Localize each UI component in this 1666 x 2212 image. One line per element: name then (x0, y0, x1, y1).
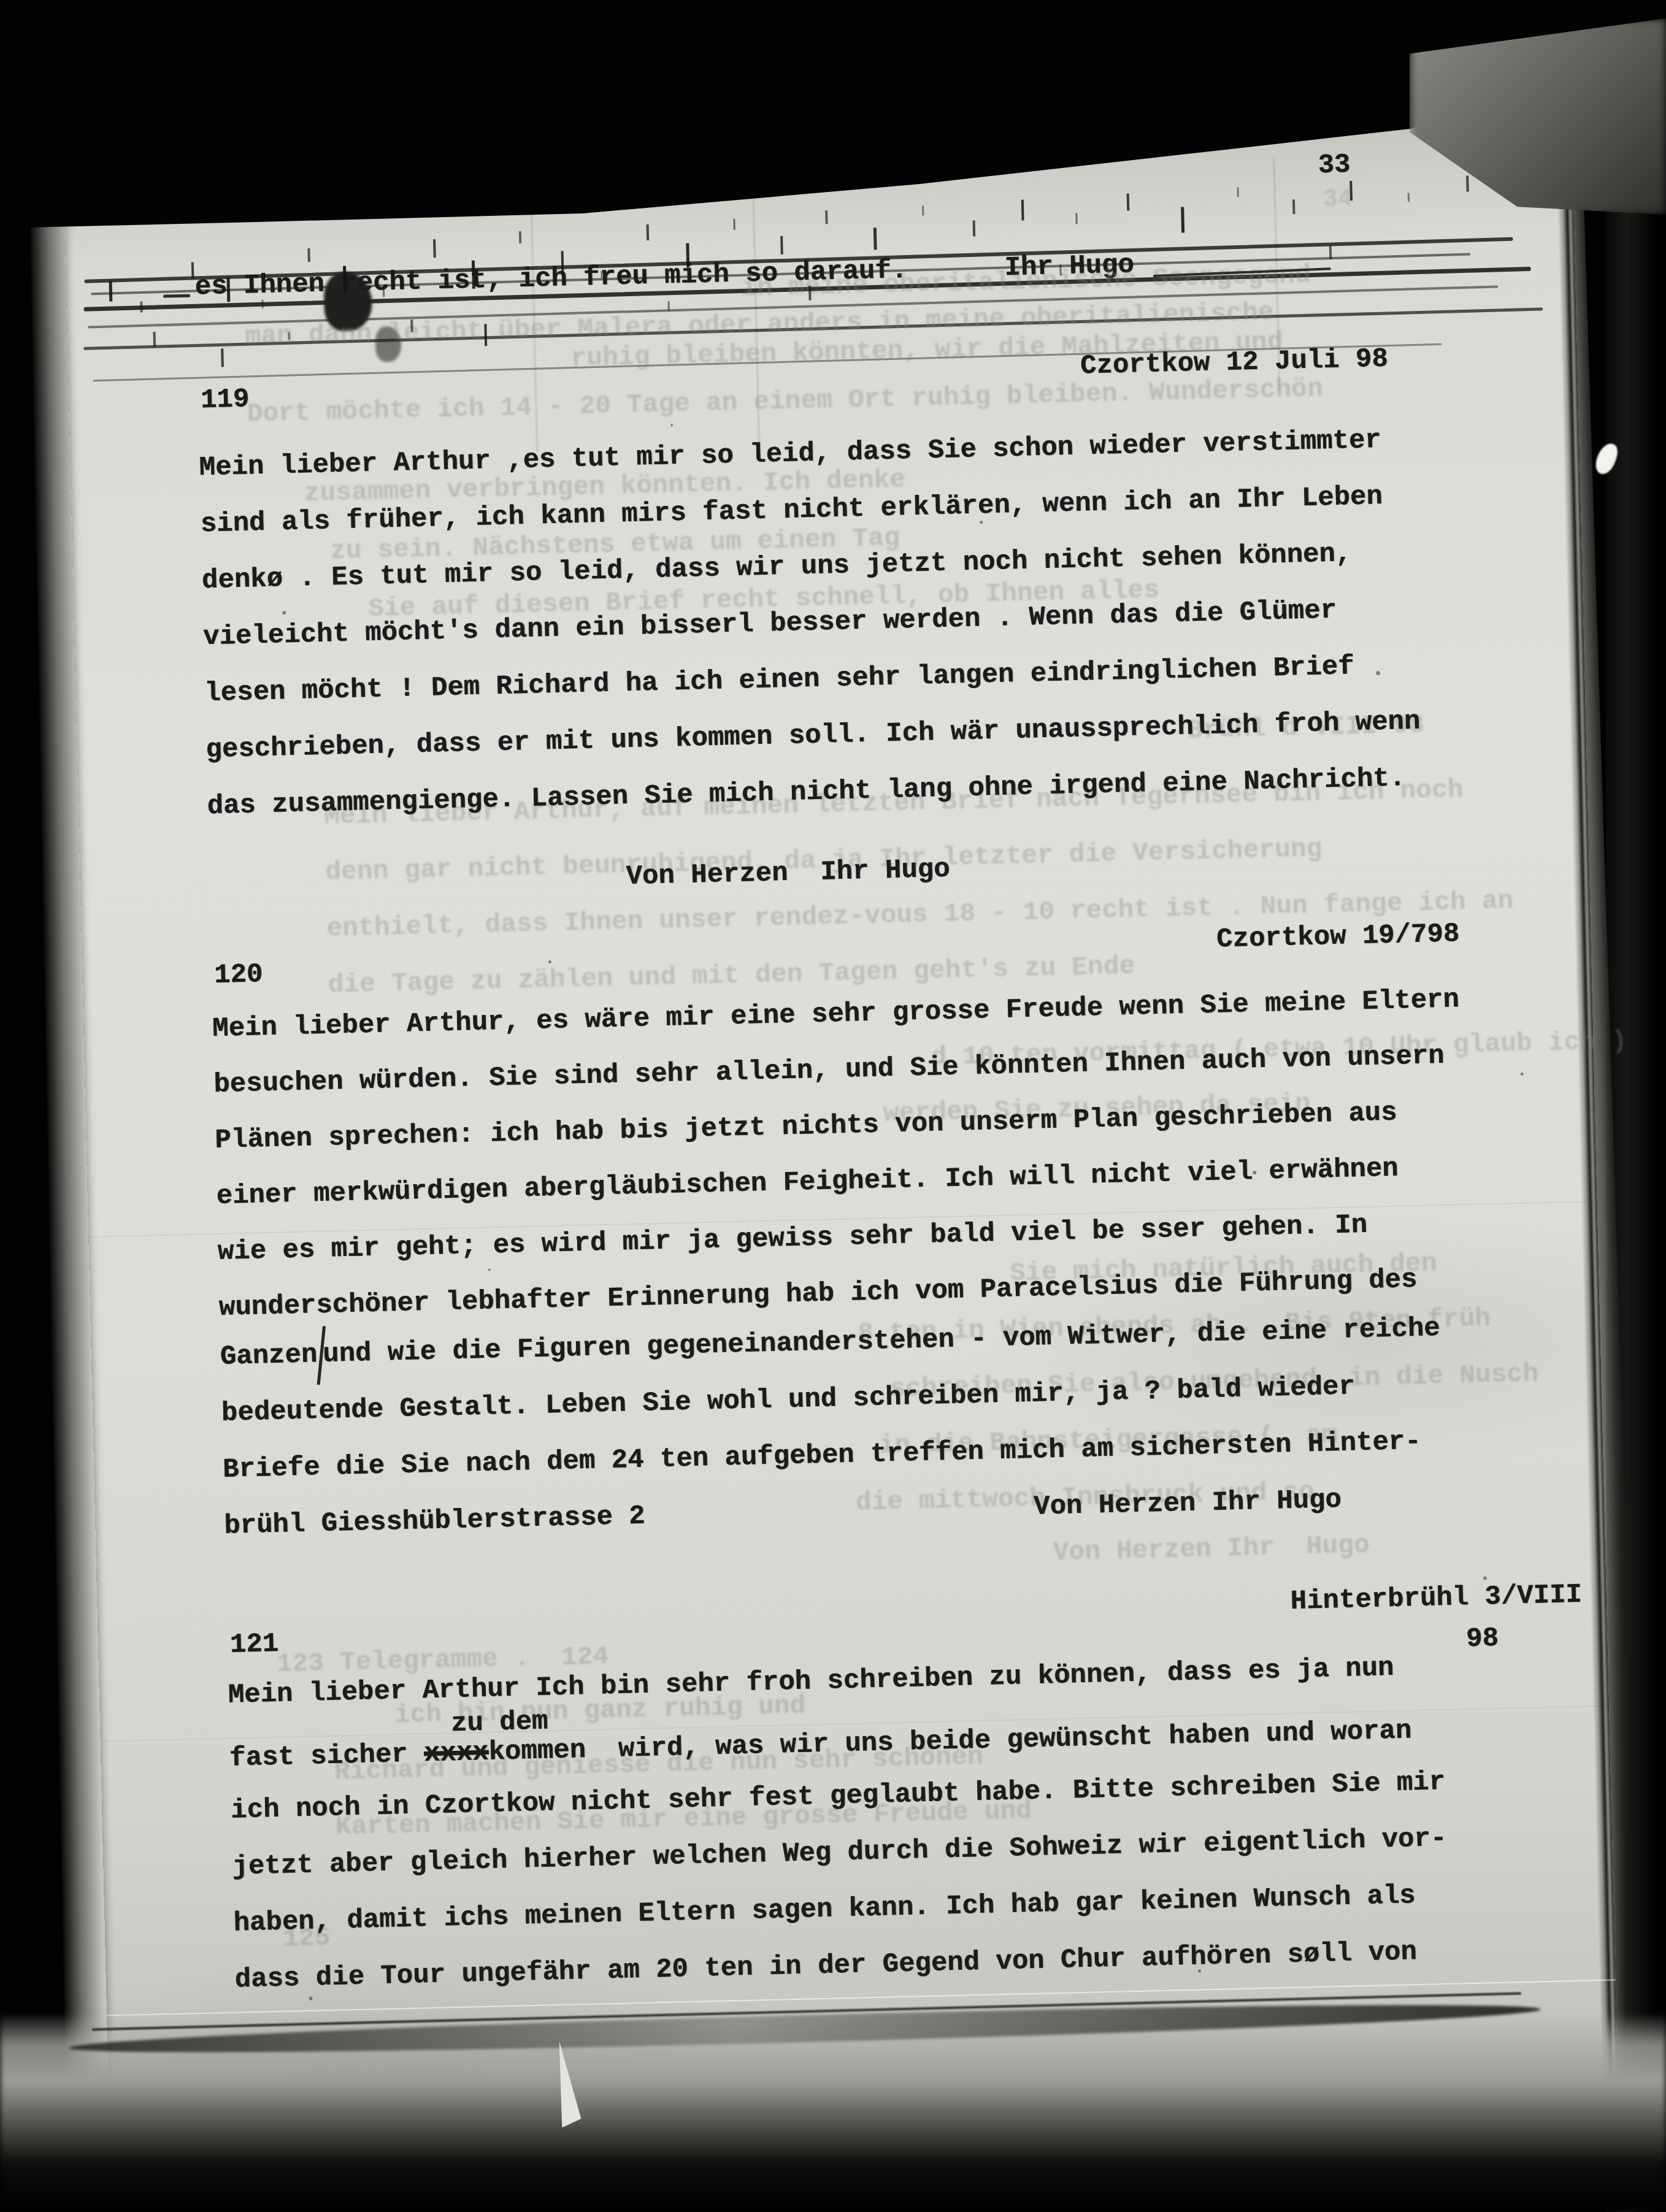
stray-tick-mark (140, 301, 142, 312)
stray-tick-mark (1329, 246, 1332, 259)
stray-tick-mark (1466, 175, 1469, 191)
caret-line-pre: Ganzen (220, 1339, 318, 1372)
letter-120-line: Plänen sprechen: ich hab bis jetzt nicht… (215, 1095, 1397, 1158)
stray-tick-mark (261, 300, 263, 308)
stray-tick-mark (1237, 187, 1238, 197)
stray-tick-mark (288, 332, 290, 340)
stray-tick-mark (1127, 193, 1130, 210)
letter-119-line: lesen möcht ! Dem Richard ha ich einen s… (204, 649, 1355, 711)
dust-speck (1376, 671, 1380, 675)
struck-word: xxxx (424, 1737, 489, 1769)
letter-120-line: bedeutende Gestalt. Leben Sie wohl und s… (221, 1369, 1355, 1431)
margin-dash (163, 294, 190, 298)
letter-121-number: 121 (229, 1626, 279, 1663)
stray-tick-mark (647, 224, 650, 240)
dust-speck (309, 1997, 313, 2000)
letter-119-dateline: Czortkow 12 Juli 98 (1080, 342, 1389, 385)
scanned-letter-page: 33 34 es Ihnen recht ist, ich freu mich … (0, 0, 1666, 2212)
letter-120-number: 120 (214, 957, 264, 993)
struck-line-pre: fast sicher (229, 1739, 424, 1774)
stray-tick-mark (686, 243, 689, 267)
letter-120-dateline: Czortkow 19/798 (1216, 916, 1460, 957)
dust-speck (488, 1269, 491, 1271)
stray-tick-mark (873, 228, 877, 250)
letter-121-dateline-year: 98 (1466, 1621, 1499, 1657)
stray-tick-mark (922, 205, 924, 215)
dust-speck (1521, 1073, 1524, 1076)
stray-tick-mark (1349, 181, 1353, 201)
stray-tick-mark (109, 281, 113, 302)
stray-tick-mark (343, 266, 347, 293)
stray-tick-mark (221, 348, 224, 367)
letter-119-signature: Von Herzen Ihr Hugo (626, 852, 950, 895)
stray-tick-mark (383, 287, 385, 297)
stray-tick-mark (1181, 207, 1184, 232)
stray-tick-mark (780, 236, 783, 254)
dust-speck (1253, 1171, 1256, 1174)
letter-119-line: geschrieben, dass er mit uns kommen soll… (205, 704, 1421, 768)
stray-tick-mark (973, 220, 976, 236)
stray-tick-mark (1021, 200, 1024, 221)
letter-121-dateline: Hinterbrühl 3/VIII (1290, 1577, 1583, 1620)
dust-speck (548, 960, 551, 963)
letter-sheet: 33 34 es Ihnen recht ist, ich freu mich … (63, 114, 1618, 2121)
ghost-page-number: 34 (1322, 186, 1353, 214)
stray-tick-mark (668, 301, 670, 311)
stray-tick-mark (1059, 264, 1061, 275)
scan-background-right (1606, 0, 1666, 2212)
stray-tick-mark (808, 286, 812, 300)
letter-119-number: 119 (200, 381, 250, 418)
ghost-line: Von Herzen Ihr Hugo (1053, 1530, 1370, 1567)
stray-tick-mark (307, 248, 310, 262)
letter-120-line: einer merkwürdigen abergläubischen Feigh… (216, 1151, 1399, 1214)
page-number: 33 (1318, 147, 1351, 183)
stray-tick-mark (1408, 193, 1410, 202)
stray-tick-mark (825, 210, 828, 224)
letter-121-line: haben, damit ichs meinen Eltern sagen ka… (233, 1878, 1416, 1941)
dust-speck (282, 611, 286, 614)
stray-tick-mark (561, 251, 564, 272)
stray-tick-mark (433, 239, 436, 258)
stray-tick-mark (191, 262, 194, 278)
stray-tick-mark (472, 261, 475, 289)
stray-tick-mark (153, 332, 156, 346)
dust-speck (1198, 1970, 1201, 1973)
stray-tick-mark (410, 320, 413, 332)
dust-speck (412, 1405, 415, 1408)
dust-speck (670, 424, 673, 426)
stray-tick-mark (226, 277, 230, 302)
dust-speck (788, 1740, 791, 1743)
stray-tick-mark (601, 271, 602, 278)
stray-tick-mark (1075, 213, 1077, 224)
stray-tick-mark (519, 231, 521, 243)
stray-tick-mark (733, 219, 735, 230)
stray-tick-mark (484, 324, 487, 346)
stray-tick-mark (1292, 199, 1296, 214)
